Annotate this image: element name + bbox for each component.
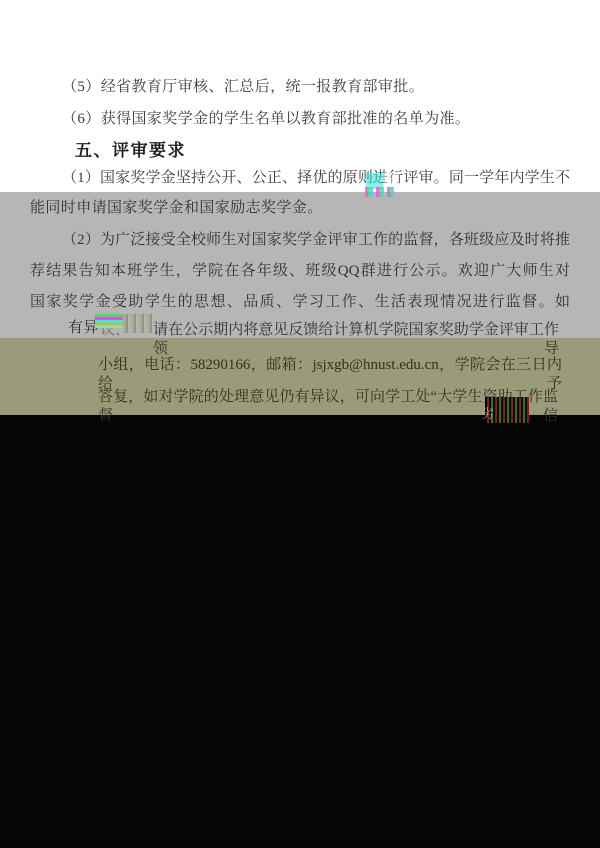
glitch-gray-block	[123, 314, 152, 333]
doc-line-para2-1: （2）为广泛接受全校师生对国家奖学金评审工作的监督，各班级应及时将推	[62, 231, 570, 250]
glitch-black-band	[0, 415, 600, 848]
doc-line-para2-3: 国家奖学金受助学生的思想、品质、学习工作、生活表现情况进行监督。如	[30, 293, 570, 312]
glitch-noise-strip	[365, 187, 394, 197]
doc-line-item6: （6）获得国家奖学金的学生名单以教育部批准的名单为准。	[62, 110, 470, 129]
glitch-color-block	[95, 314, 123, 328]
glitch-stripe-block: 劣	[485, 397, 529, 423]
doc-line-para2-4-rest: 请在公示期内将意见反馈给计算机学院国家奖助学金评审工作领导	[153, 321, 559, 359]
doc-line-item5: （5）经省教育厅审核、汇总后，统一报教育部审批。	[62, 78, 424, 97]
doc-line-para1-2: 能同时申请国家奖学金和国家励志奖学金。	[30, 199, 323, 218]
document-page: （5）经省教育厅审核、汇总后，统一报教育部审批。 （6）获得国家奖学金的学生名单…	[0, 0, 600, 848]
doc-line-para2-2: 荐结果告知本班学生，学院在各年级、班级QQ群进行公示。欢迎广大师生对	[30, 262, 570, 281]
doc-line-para1-1: （1）国家奖学金坚持公开、公正、择优的原则进行评审。同一学年内学生不	[62, 169, 570, 188]
glitch-ghost-glyph: 劣	[481, 403, 494, 422]
section-heading: 五、评审要求	[75, 141, 186, 160]
glitch-fade-patch	[383, 172, 399, 187]
